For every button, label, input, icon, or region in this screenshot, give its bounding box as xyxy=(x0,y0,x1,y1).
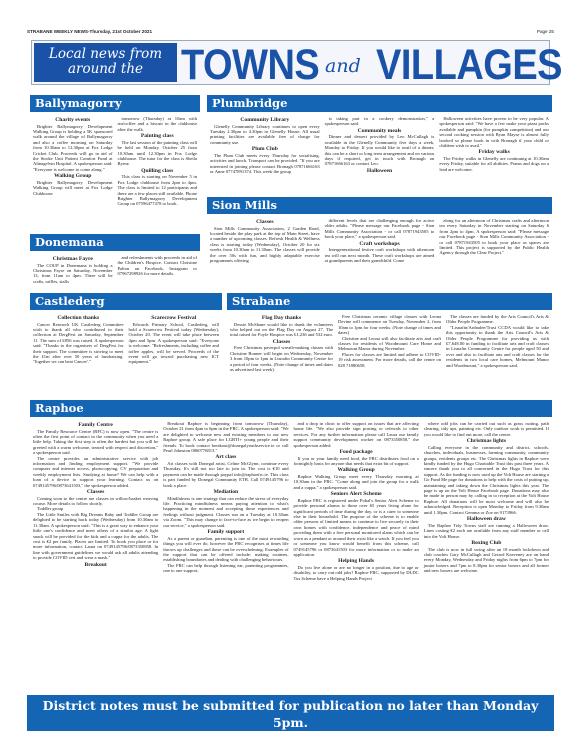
article-text: along for an afternoon of Christmas craf… xyxy=(439,218,549,256)
article-text: If you or your family need food, the FRC… xyxy=(294,456,419,467)
article-column: where odd jobs can be carried out such a… xyxy=(424,421,549,581)
section-title: Castlederg xyxy=(30,293,222,310)
section-title: Plumbridge xyxy=(207,95,552,112)
banner-and: and xyxy=(325,55,361,77)
article-column: tomorrow (Thursday) at 10am with tea/cof… xyxy=(118,116,198,207)
article-column: Family Centre The Family Resource Centre… xyxy=(33,421,158,581)
article-text: The FRC can help through listening ear, … xyxy=(163,563,288,574)
article-heading: Scarecrow Festival xyxy=(129,315,220,322)
article-text: and refreshments with proceeds in aid of… xyxy=(118,255,198,277)
article-text: Christine and Leona will also facilitate… xyxy=(338,336,441,352)
article-heading: Halloween xyxy=(325,168,435,175)
article-heading: Charity events xyxy=(33,117,113,124)
article-text: Breakout Raphoe is beginning from tomorr… xyxy=(163,421,288,453)
notice-email: Submissions for insertion can be emailed… xyxy=(27,731,554,737)
article-text: Do you live alone or are no longer in a … xyxy=(294,565,419,581)
article-text: Free Christmas ceramic village classes w… xyxy=(338,314,441,336)
article-heading: Classes xyxy=(33,489,158,496)
section-strabane: Strabane Flag Day thanks Dessie McShane … xyxy=(227,293,552,393)
article-column: Classes Sion Mills Community Association… xyxy=(210,218,320,263)
section-title: Sion Mills xyxy=(207,197,552,214)
page-header: STRABANE WEEKLY NEWS-Thursday, 21st Octo… xyxy=(27,29,554,37)
article-column: Halloween activities have proven to be v… xyxy=(439,116,549,174)
article-text: "Lisnafin/Ardnalee/Trust CCDA would like… xyxy=(446,325,549,368)
article-text: The Little Smiles with Big Dreams Baby a… xyxy=(33,512,158,561)
article-heading: Halloween draw xyxy=(424,516,549,523)
section-ballymagorry: Ballymagorry Charity events Brighter Bal… xyxy=(30,95,200,230)
article-heading: Flag Day thanks xyxy=(230,315,333,322)
article-heading: Collection thanks xyxy=(33,315,124,322)
article-text: The Plum Club meets every Thursday for s… xyxy=(210,153,320,175)
article-text: Art classes with Donegal artist, Celine … xyxy=(163,461,288,488)
article-text: The Raphoe Tidy Towns staff are running … xyxy=(424,523,549,539)
article-heading: Mediation xyxy=(163,489,288,496)
article-heading: Quilling class xyxy=(118,168,198,175)
article-text: Raphoe FRC is registered under Pobal's S… xyxy=(294,498,419,557)
article-heading: Helping Hands xyxy=(294,558,419,565)
article-column: is taking part in a cookery demonstratio… xyxy=(325,116,435,174)
article-heading: Christmas lights xyxy=(424,438,549,445)
section-donemana: Donemana Christmas Fayre The COUP in Don… xyxy=(30,234,200,289)
article-column: Flag Day thanks Dessie McShane would lik… xyxy=(230,314,333,372)
banner-villages: VILLAGES xyxy=(376,41,562,91)
article-text: Brighter Ballymagorry Development Walkin… xyxy=(33,180,113,196)
article-text: tomorrow (Thursday) at 10am with tea/cof… xyxy=(118,116,198,132)
tagline-line-1: Local news from xyxy=(34,47,177,62)
article-heading: Community meals xyxy=(325,128,435,135)
section-sion-mills: Sion Mills Classes Sion Mills Community … xyxy=(207,197,552,292)
article-text: Edwards Primary School, Castlederg, will… xyxy=(129,322,220,365)
article-heading: Craft workshops xyxy=(325,241,435,248)
publication-date: STRABANE WEEKLY NEWS-Thursday, 21st Octo… xyxy=(27,29,152,34)
article-heading: Art class xyxy=(163,454,288,461)
banner-towns: TOWNS xyxy=(181,41,319,91)
tagline-line-2: around the xyxy=(34,62,177,77)
section-plumbridge: Plumbridge Community Library Glenelly Co… xyxy=(207,95,552,193)
article-text: The Family Resource Centre (RFC) is now … xyxy=(33,429,158,456)
article-text: Places for classes are limited and adher… xyxy=(338,352,441,368)
article-column: and a drop in clinic to offer support on… xyxy=(294,421,419,581)
article-column: Breakout Raphoe is beginning from tomorr… xyxy=(163,421,288,581)
article-column: Charity events Brighter Ballymagorry Dev… xyxy=(33,116,113,207)
article-heading: Boxing Club xyxy=(424,540,549,547)
banner-tagline: Local news from around the xyxy=(34,43,177,82)
article-text: Mindfulness is one strategy that can red… xyxy=(163,496,288,528)
article-text: The COUP in Donemana is holding a Christ… xyxy=(33,263,113,285)
article-text: Sion Mills Community Association, 2 Gard… xyxy=(210,226,320,264)
article-heading: Family Centre xyxy=(33,422,158,429)
article-text: The centre provides an administrative se… xyxy=(33,456,158,488)
article-heading: Christmas Fayre xyxy=(33,256,113,263)
article-column: Collection thanks Cancer Research UK Cas… xyxy=(33,314,124,365)
article-heading: Seniors Alert Scheme xyxy=(294,491,419,498)
section-title: Donemana xyxy=(30,234,200,251)
section-title: Strabane xyxy=(227,293,552,310)
article-text: is taking part in a cookery demonstratio… xyxy=(325,116,435,127)
article-text: As a parent or guardian, parenting is on… xyxy=(163,536,288,563)
article-text: Calling everyone in the community and di… xyxy=(424,445,549,515)
section-castlederg: Castlederg Collection thanks Cancer Rese… xyxy=(30,293,222,393)
article-heading: Breakout xyxy=(33,562,158,569)
article-text: Brighter Ballymagorry Development Walkin… xyxy=(33,124,113,173)
article-heading: Walking Group xyxy=(294,467,419,474)
article-text: This class is starting on November 5 in … xyxy=(118,174,198,206)
page-number: Page 25 xyxy=(537,29,554,34)
article-text: Cancer Research UK Castlederg Committee … xyxy=(33,322,124,365)
section-title: Raphoe xyxy=(30,400,552,417)
article-column: Scarecrow Festival Edwards Primary Schoo… xyxy=(129,314,220,365)
article-text: The Friday walks in Glenelly are continu… xyxy=(439,156,549,172)
article-heading: Community Library xyxy=(210,117,320,124)
article-text: different levels that are challenging en… xyxy=(325,218,435,240)
article-heading: Walking Group xyxy=(33,173,113,180)
towns-and-villages-banner: Local news from around the TOWNS and VIL… xyxy=(31,40,550,85)
article-text: The last session of the painting class w… xyxy=(118,140,198,167)
article-text: Halloween activities have proven to be v… xyxy=(439,116,549,148)
article-heading: Classes xyxy=(230,339,333,346)
article-column: Community Library Glenelly Community Lib… xyxy=(210,116,320,174)
article-column: along for an afternoon of Christmas craf… xyxy=(439,218,549,263)
section-title: Ballymagorry xyxy=(30,95,200,112)
article-column: different levels that are challenging en… xyxy=(325,218,435,263)
article-heading: Food package xyxy=(294,449,419,456)
article-text: The club is now in full swing after an 1… xyxy=(424,547,549,574)
article-text: The classes are funded by the Arts Counc… xyxy=(446,314,549,325)
notice-deadline: District notes must be submitted for pub… xyxy=(27,695,554,731)
section-raphoe: Raphoe Family Centre The Family Resource… xyxy=(30,400,552,692)
article-heading: Classes xyxy=(210,219,320,226)
article-heading: Friday walks xyxy=(439,149,549,156)
article-heading: Family support xyxy=(163,529,288,536)
article-text: where odd jobs can be carried out such a… xyxy=(424,421,549,437)
submission-notice: District notes must be submitted for pub… xyxy=(27,695,554,731)
article-column: Christmas Fayre The COUP in Donemana is … xyxy=(33,255,113,284)
article-text: Raphoe Walking Group meet every Thursday… xyxy=(294,474,419,490)
article-column: Free Christmas ceramic village classes w… xyxy=(338,314,441,372)
article-heading: Painting class xyxy=(118,133,198,140)
article-column: The classes are funded by the Arts Counc… xyxy=(446,314,549,372)
article-column: and refreshments with proceeds in aid of… xyxy=(118,255,198,284)
article-text: Intergenerational festive craft workshop… xyxy=(325,247,435,263)
article-text: Glenelly Community Library continues to … xyxy=(210,124,320,146)
article-text: Dinner and dessert provided by Leo McCul… xyxy=(325,134,435,166)
article-heading: Plum Club xyxy=(210,146,320,153)
article-text: and a drop in clinic to offer support on… xyxy=(294,421,419,448)
article-text: Coming soon to the centre are classes in… xyxy=(33,496,158,507)
article-text: Dessie McShane would like to thank the v… xyxy=(230,322,333,338)
article-text: Free Christmas paverpol wreath-making cl… xyxy=(230,345,333,372)
